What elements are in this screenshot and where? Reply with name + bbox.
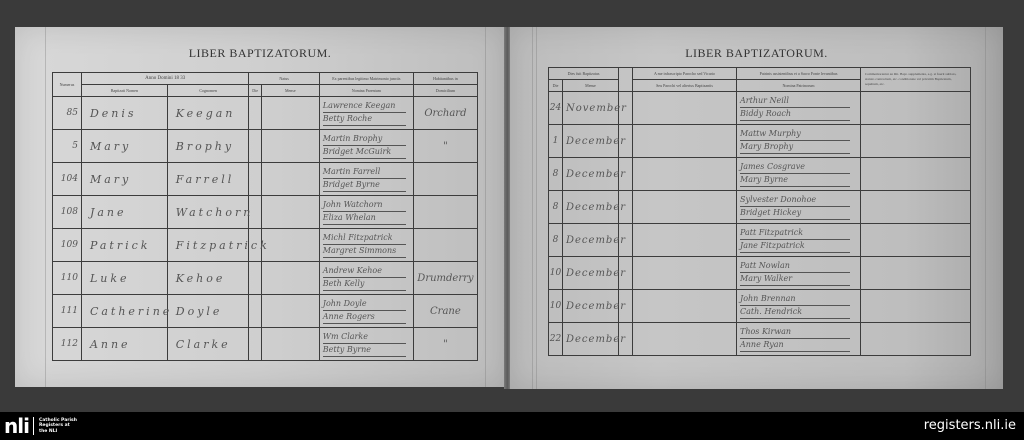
birth-day — [249, 295, 261, 328]
mother-name: Margret Simmons — [323, 245, 406, 258]
baptised-name: Anne — [81, 328, 167, 361]
mother-name: Betty Roche — [323, 113, 406, 126]
father-name: Andrew Kehoe — [323, 265, 406, 278]
mother-name: Betty Byrne — [323, 344, 406, 357]
father-name: Martin Farrell — [323, 166, 406, 179]
header-die: Die — [549, 80, 563, 92]
godmother-name: Biddy Roach — [740, 108, 850, 121]
minister — [633, 257, 737, 290]
minister — [633, 125, 737, 158]
table-row: 8 December Sylvester DonohoeBridget Hick… — [549, 191, 971, 224]
header-sponsors: Nomina Patrinorum — [737, 80, 861, 92]
parents: Martin FarrellBridget Byrne — [319, 163, 413, 196]
baptised-name: Denis — [81, 97, 167, 130]
godfather-name: Patt Nowlan — [740, 260, 850, 273]
header-mense: Mense — [563, 80, 619, 92]
surname: Kehoe — [167, 262, 249, 295]
baptism-month: December — [563, 257, 619, 290]
header-die: Die — [249, 85, 261, 97]
godfather-name: Mattw Murphy — [740, 128, 850, 141]
surname: Doyle — [167, 295, 249, 328]
godmother-name: Anne Ryan — [740, 339, 850, 352]
minister — [633, 323, 737, 356]
abode — [413, 163, 477, 196]
sponsors: Patt NowlanMary Walker — [737, 257, 861, 290]
header-baptism-date-group: Dies fuit Baptizatus — [549, 68, 619, 80]
entry-number: 110 — [53, 262, 82, 295]
mother-name: Anne Rogers — [323, 311, 406, 324]
table-row: 109 Patrick Fitzpatrick Michl Fitzpatric… — [53, 229, 478, 262]
baptism-register-table: Numerus Anno Domini 18 33 Natus Ex paren… — [52, 72, 478, 361]
birth-month — [261, 196, 319, 229]
father-name: Wm Clarke — [323, 331, 406, 344]
mother-name: Eliza Whelan — [323, 212, 406, 225]
parents: Wm ClarkeBetty Byrne — [319, 328, 413, 361]
minister — [633, 158, 737, 191]
baptised-name: Patrick — [81, 229, 167, 262]
header-minister-group: A me infrascripto Parocho sed Vicario — [633, 68, 737, 80]
father-name: John Doyle — [323, 298, 406, 311]
table-row: 112 Anne Clarke Wm ClarkeBetty Byrne " — [53, 328, 478, 361]
surname: Clarke — [167, 328, 249, 361]
abode: " — [413, 328, 477, 361]
baptism-day: 8 — [549, 224, 563, 257]
register-left-page: LIBER BAPTIZATORUM. Numerus Anno Domini … — [15, 27, 505, 387]
table-row: 10 December Patt NowlanMary Walker — [549, 257, 971, 290]
baptised-name: Luke — [81, 262, 167, 295]
sponsors: John BrennanCath. Hendrick — [737, 290, 861, 323]
birth-day — [249, 163, 261, 196]
nli-logo-mark: nli — [4, 416, 29, 436]
mother-name: Bridget Byrne — [323, 179, 406, 192]
parents: Andrew KehoeBeth Kelly — [319, 262, 413, 295]
baptism-day: 22 — [549, 323, 563, 356]
header-abode: Domicilium — [413, 85, 477, 97]
table-row: 111 Catherine Doyle John DoyleAnne Roger… — [53, 295, 478, 328]
header-mense: Mense — [261, 85, 319, 97]
birth-day — [249, 130, 261, 163]
godmother-name: Mary Walker — [740, 273, 850, 286]
table-row: 110 Luke Kehoe Andrew KehoeBeth Kelly Dr… — [53, 262, 478, 295]
nli-logo[interactable]: nli Catholic Parish Registers at the NLI — [4, 416, 79, 436]
birth-month — [261, 328, 319, 361]
table-row: 10 December John BrennanCath. Hendrick — [549, 290, 971, 323]
abode — [413, 196, 477, 229]
sponsors: Mattw MurphyMary Brophy — [737, 125, 861, 158]
birth-day — [249, 97, 261, 130]
baptism-day: 10 — [549, 257, 563, 290]
header-baptised-name: Baptizati Nomen — [81, 85, 167, 97]
baptised-name: Jane — [81, 196, 167, 229]
header-abode-group: Habitantibus in — [413, 73, 477, 85]
table-row: 108 Jane Watchorn John WatchornEliza Whe… — [53, 196, 478, 229]
sponsors: Thos KirwanAnne Ryan — [737, 323, 861, 356]
baptism-day: 10 — [549, 290, 563, 323]
page-title: LIBER BAPTIZATORUM. — [510, 46, 1003, 61]
minister — [633, 290, 737, 323]
godmother-name: Mary Byrne — [740, 174, 850, 187]
minister — [633, 224, 737, 257]
entry-number: 85 — [53, 97, 82, 130]
table-row: 8 December Patt FitzpatrickJane Fitzpatr… — [549, 224, 971, 257]
sponsors: Patt FitzpatrickJane Fitzpatrick — [737, 224, 861, 257]
header-notes: Commemorantur an Rit. Bapt. supplementa,… — [861, 68, 971, 92]
baptised-name: Catherine — [81, 295, 167, 328]
baptism-day: 24 — [549, 92, 563, 125]
godmother-name: Jane Fitzpatrick — [740, 240, 850, 253]
header-blank — [619, 68, 633, 92]
abode: " — [413, 130, 477, 163]
entry-number: 104 — [53, 163, 82, 196]
birth-month — [261, 262, 319, 295]
sponsors: Arthur NeillBiddy Roach — [737, 92, 861, 125]
header-parents: Nomina Parentum — [319, 85, 413, 97]
baptism-month: December — [563, 323, 619, 356]
godmother-name: Mary Brophy — [740, 141, 850, 154]
godmother-name: Bridget Hickey — [740, 207, 850, 220]
parents: Martin BrophyBridget McGuirk — [319, 130, 413, 163]
surname: Keegan — [167, 97, 249, 130]
footer-bar: nli Catholic Parish Registers at the NLI… — [0, 412, 1024, 440]
godmother-name: Cath. Hendrick — [740, 306, 850, 319]
baptised-name: Mary — [81, 130, 167, 163]
entry-number: 111 — [53, 295, 82, 328]
sponsors: Sylvester DonohoeBridget Hickey — [737, 191, 861, 224]
notes — [861, 323, 971, 356]
birth-month — [261, 163, 319, 196]
abode — [413, 229, 477, 262]
table-row: 22 December Thos KirwanAnne Ryan — [549, 323, 971, 356]
parents: Michl FitzpatrickMargret Simmons — [319, 229, 413, 262]
register-right-page: LIBER BAPTIZATORUM. Dies fuit Baptizatus… — [510, 27, 1003, 389]
surname: Watchorn — [167, 196, 249, 229]
birth-day — [249, 328, 261, 361]
abode: Crane — [413, 295, 477, 328]
baptism-month: December — [563, 191, 619, 224]
header-anno-domini: Anno Domini 18 33 — [81, 73, 249, 85]
surname: Fitzpatrick — [167, 229, 249, 262]
table-row: 8 December James CosgraveMary Byrne — [549, 158, 971, 191]
surname: Brophy — [167, 130, 249, 163]
abode: Drumderry — [413, 262, 477, 295]
notes — [861, 92, 971, 125]
entry-number: 112 — [53, 328, 82, 361]
father-name: Lawrence Keegan — [323, 100, 406, 113]
baptism-month: December — [563, 224, 619, 257]
godfather-name: Thos Kirwan — [740, 326, 850, 339]
entry-number: 108 — [53, 196, 82, 229]
notes — [861, 224, 971, 257]
father-name: Michl Fitzpatrick — [323, 232, 406, 245]
mother-name: Bridget McGuirk — [323, 146, 406, 159]
header-surname: Cognomen — [167, 85, 249, 97]
notes — [861, 257, 971, 290]
table-row: 5 Mary Brophy Martin BrophyBridget McGui… — [53, 130, 478, 163]
godfather-name: Patt Fitzpatrick — [740, 227, 850, 240]
birth-month — [261, 97, 319, 130]
baptism-month: December — [563, 290, 619, 323]
entry-number: 109 — [53, 229, 82, 262]
mother-name: Beth Kelly — [323, 278, 406, 291]
baptism-day: 8 — [549, 158, 563, 191]
baptism-day: 1 — [549, 125, 563, 158]
surname: Farrell — [167, 163, 249, 196]
godfather-name: James Cosgrave — [740, 161, 850, 174]
godfather-name: Sylvester Donohoe — [740, 194, 850, 207]
image-viewer[interactable]: LIBER BAPTIZATORUM. Numerus Anno Domini … — [0, 0, 1024, 412]
sponsors-register-table: Dies fuit Baptizatus A me infrascripto P… — [548, 67, 971, 356]
page-title: LIBER BAPTIZATORUM. — [15, 46, 505, 61]
birth-month — [261, 130, 319, 163]
notes — [861, 191, 971, 224]
godfather-name: Arthur Neill — [740, 95, 850, 108]
table-row: 24 November Arthur NeillBiddy Roach — [549, 92, 971, 125]
header-number: Numerus — [53, 73, 82, 97]
father-name: John Watchorn — [323, 199, 406, 212]
birth-month — [261, 295, 319, 328]
godfather-name: John Brennan — [740, 293, 850, 306]
baptism-month: December — [563, 125, 619, 158]
abode: Orchard — [413, 97, 477, 130]
entry-number: 5 — [53, 130, 82, 163]
parents: John WatchornEliza Whelan — [319, 196, 413, 229]
logo-caption: Catholic Parish Registers at the NLI — [39, 418, 79, 435]
header-natus: Natus — [249, 73, 319, 85]
notes — [861, 290, 971, 323]
notes — [861, 125, 971, 158]
parents: Lawrence KeeganBetty Roche — [319, 97, 413, 130]
father-name: Martin Brophy — [323, 133, 406, 146]
birth-month — [261, 229, 319, 262]
minister — [633, 92, 737, 125]
parents: John DoyleAnne Rogers — [319, 295, 413, 328]
table-row: 85 Denis Keegan Lawrence KeeganBetty Roc… — [53, 97, 478, 130]
baptism-day: 8 — [549, 191, 563, 224]
header-minister: Seu Parochi vel alterius Baptizantis — [633, 80, 737, 92]
header-sponsors-group: Patrinis assistentibus et a Sacro Fonte … — [737, 68, 861, 80]
site-link[interactable]: registers.nli.ie — [924, 418, 1016, 433]
birth-day — [249, 262, 261, 295]
logo-divider — [33, 417, 34, 435]
baptised-name: Mary — [81, 163, 167, 196]
table-row: 104 Mary Farrell Martin FarrellBridget B… — [53, 163, 478, 196]
table-row: 1 December Mattw MurphyMary Brophy — [549, 125, 971, 158]
sponsors: James CosgraveMary Byrne — [737, 158, 861, 191]
baptism-month: November — [563, 92, 619, 125]
minister — [633, 191, 737, 224]
baptism-month: December — [563, 158, 619, 191]
notes — [861, 158, 971, 191]
header-parents-group: Ex parentibus legitimo Matrimonio juncti… — [319, 73, 413, 85]
